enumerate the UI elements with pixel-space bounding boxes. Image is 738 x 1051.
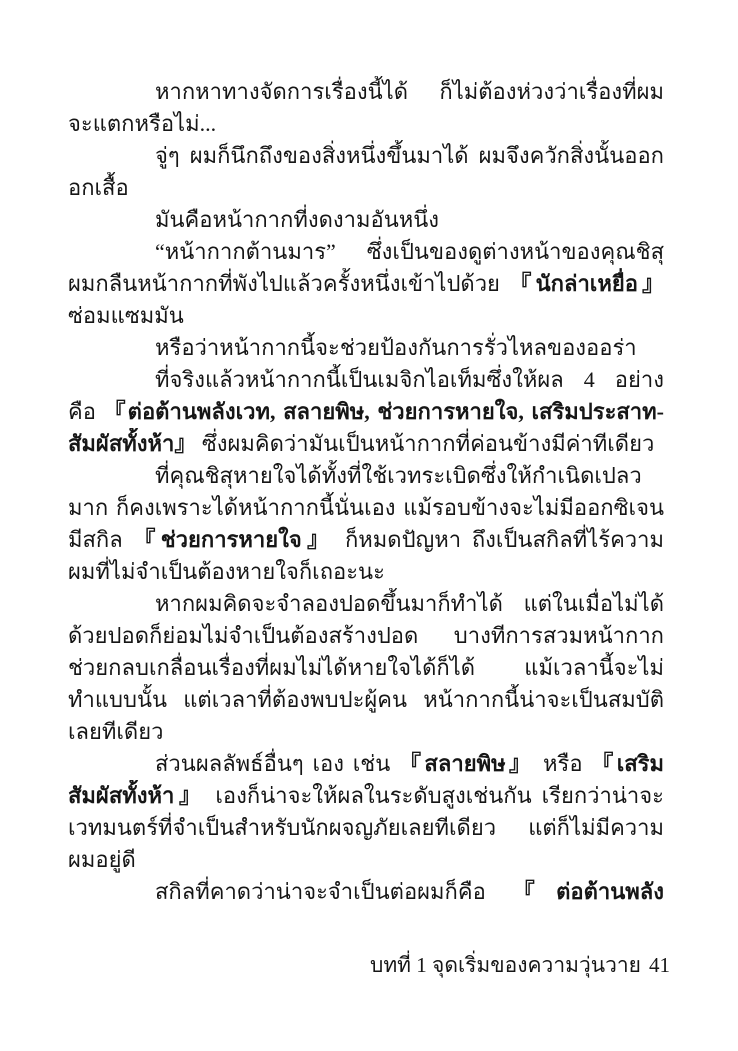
text-line: จู่ๆ ผมก็นึกถึงของสิ่งหนึ่งขึ้นมาได้ ผมจ… bbox=[68, 140, 664, 172]
text-segment: คือ bbox=[68, 399, 104, 424]
text-segment: มาก ก็คงเพราะได้หน้ากากนี้นั่นเอง แม้รอบ… bbox=[68, 495, 664, 524]
text-segment: จะแตกหรือไม่... bbox=[68, 111, 216, 136]
text-line: สัมผัสทั้งห้า』 เองก็น่าจะให้ผลในระดับสูง… bbox=[68, 780, 664, 812]
text-line: ผมอยู่ดี bbox=[68, 844, 664, 876]
text-segment: หากหาทางจัดการเรื่องนี้ได้ ก็ไม่ต้องห่วง… bbox=[68, 79, 664, 108]
text-line: ช่วยกลบเกลื่อนเรื่องที่ผมไม่ได้หายใจได้ก… bbox=[68, 652, 664, 684]
text-segment: เวทมนตร์ที่จำเป็นสำหรับนักผจญภัยเลยทีเดี… bbox=[68, 815, 664, 844]
text-line: ผมที่ไม่จำเป็นต้องหายใจก็เถอะนะ bbox=[68, 556, 664, 588]
text-segment: หรือว่าหน้ากากนี้จะช่วยป้องกันการรั่วไหล… bbox=[68, 335, 637, 364]
skill-name-bold: 『ต่อต้านพลังเวท, สลายพิษ, ช่วยการหายใจ, … bbox=[104, 399, 664, 424]
body-text: หากหาทางจัดการเรื่องนี้ได้ ก็ไม่ต้องห่วง… bbox=[68, 76, 664, 908]
text-segment: ที่จริงแล้วหน้ากากนี้เป็นเมจิกไอเท็มซึ่ง… bbox=[68, 367, 664, 396]
footer-page-number: 41 bbox=[649, 953, 670, 977]
text-segment: จู่ๆ ผมก็นึกถึงของสิ่งหนึ่งขึ้นมาได้ ผมจ… bbox=[68, 143, 664, 172]
text-segment: หรือ bbox=[534, 751, 591, 776]
text-line: เลยทีเดียว bbox=[68, 716, 664, 748]
text-segment: ช่วยกลบเกลื่อนเรื่องที่ผมไม่ได้หายใจได้ก… bbox=[68, 655, 664, 684]
text-line: หรือว่าหน้ากากนี้จะช่วยป้องกันการรั่วไหล… bbox=[68, 332, 664, 364]
text-line: ที่จริงแล้วหน้ากากนี้เป็นเมจิกไอเท็มซึ่ง… bbox=[68, 364, 664, 396]
text-line: มาก ก็คงเพราะได้หน้ากากนี้นั่นเอง แม้รอบ… bbox=[68, 492, 664, 524]
text-segment: หากผมคิดจะจำลองปอดขึ้นมาก็ทำได้ แต่ในเมื… bbox=[68, 591, 664, 620]
text-segment: สกิลที่คาดว่าน่าจะจำเป็นต่อผมก็คือ bbox=[155, 879, 513, 904]
text-segment: เลยทีเดียว bbox=[68, 719, 163, 744]
document-page: หากหาทางจัดการเรื่องนี้ได้ ก็ไม่ต้องห่วง… bbox=[0, 0, 738, 1051]
text-line: ผมกลืนหน้ากากที่พังไปแล้วครั้งหนึ่งเข้าไ… bbox=[68, 268, 664, 300]
text-line: ส่วนผลลัพธ์อื่นๆ เอง เช่น 『สลายพิษ』 หรือ… bbox=[68, 748, 664, 780]
text-line: สกิลที่คาดว่าน่าจะจำเป็นต่อผมก็คือ 『ต่อต… bbox=[68, 876, 664, 908]
skill-name-bold: สัมผัสทั้งห้า』 bbox=[68, 783, 205, 808]
text-line: หากผมคิดจะจำลองปอดขึ้นมาก็ทำได้ แต่ในเมื… bbox=[68, 588, 664, 620]
text-line: สัมผัสทั้งห้า』 ซึ่งผมคิดว่ามันเป็นหน้ากา… bbox=[68, 428, 664, 460]
text-segment: ซึ่งผมคิดว่ามันเป็นหน้ากากที่ค่อนข้างมีค… bbox=[196, 431, 654, 456]
text-segment: ส่วนผลลัพธ์อื่นๆ เอง เช่น bbox=[155, 751, 399, 776]
text-segment: มีสกิล bbox=[68, 527, 133, 552]
text-line: จะแตกหรือไม่... bbox=[68, 108, 664, 140]
text-segment: ที่คุณชิสุหายใจได้ทั้งที่ใช้เวทระเบิดซึ่… bbox=[68, 463, 642, 492]
skill-name-bold: 『สลายพิษ』 bbox=[399, 751, 534, 776]
text-segment: ซ่อมแซมมัน bbox=[68, 303, 184, 328]
footer-chapter-label: บทที่ 1 จุดเริ่มของความวุ่นวาย bbox=[370, 953, 641, 977]
text-line: เวทมนตร์ที่จำเป็นสำหรับนักผจญภัยเลยทีเดี… bbox=[68, 812, 664, 844]
text-segment: ผมที่ไม่จำเป็นต้องหายใจก็เถอะนะ bbox=[68, 559, 385, 584]
text-line: ที่คุณชิสุหายใจได้ทั้งที่ใช้เวทระเบิดซึ่… bbox=[68, 460, 664, 492]
text-segment: ผมกลืนหน้ากากที่พังไปแล้วครั้งหนึ่งเข้าไ… bbox=[68, 271, 510, 296]
text-segment: มันคือหน้ากากที่งดงามอันหนึ่ง bbox=[155, 207, 439, 232]
text-segment: ทำแบบนั้น แต่เวลาที่ต้องพบปะผู้คน หน้ากา… bbox=[68, 687, 664, 716]
text-segment: “หน้ากากต้านมาร” ซึ่งเป็นของดูต่างหน้าขอ… bbox=[68, 239, 664, 268]
text-line: ด้วยปอดก็ย่อมไม่จำเป็นต้องสร้างปอด บางที… bbox=[68, 620, 664, 652]
text-segment: ด้วยปอดก็ย่อมไม่จำเป็นต้องสร้างปอด บางที… bbox=[68, 623, 664, 652]
text-segment: อกเสื้อ bbox=[68, 175, 129, 200]
text-line: ทำแบบนั้น แต่เวลาที่ต้องพบปะผู้คน หน้ากา… bbox=[68, 684, 664, 716]
skill-name-bold: 『ช่วยการหายใจ』 bbox=[133, 527, 334, 552]
page-footer: บทที่ 1 จุดเริ่มของความวุ่นวาย41 bbox=[68, 949, 670, 981]
skill-name-bold: สัมผัสทั้งห้า』 bbox=[68, 431, 196, 456]
skill-name-bold: 『นักล่าเหยื่อ』 bbox=[510, 271, 664, 296]
text-line: ซ่อมแซมมัน bbox=[68, 300, 664, 332]
text-line: หากหาทางจัดการเรื่องนี้ได้ ก็ไม่ต้องห่วง… bbox=[68, 76, 664, 108]
text-line: คือ 『ต่อต้านพลังเวท, สลายพิษ, ช่วยการหาย… bbox=[68, 396, 664, 428]
text-line: อกเสื้อ bbox=[68, 172, 664, 204]
text-line: “หน้ากากต้านมาร” ซึ่งเป็นของดูต่างหน้าขอ… bbox=[68, 236, 664, 268]
text-line: มันคือหน้ากากที่งดงามอันหนึ่ง bbox=[68, 204, 664, 236]
text-line: มีสกิล 『ช่วยการหายใจ』 ก็หมดปัญหา ถึงเป็น… bbox=[68, 524, 664, 556]
text-segment: ผมอยู่ดี bbox=[68, 847, 136, 872]
